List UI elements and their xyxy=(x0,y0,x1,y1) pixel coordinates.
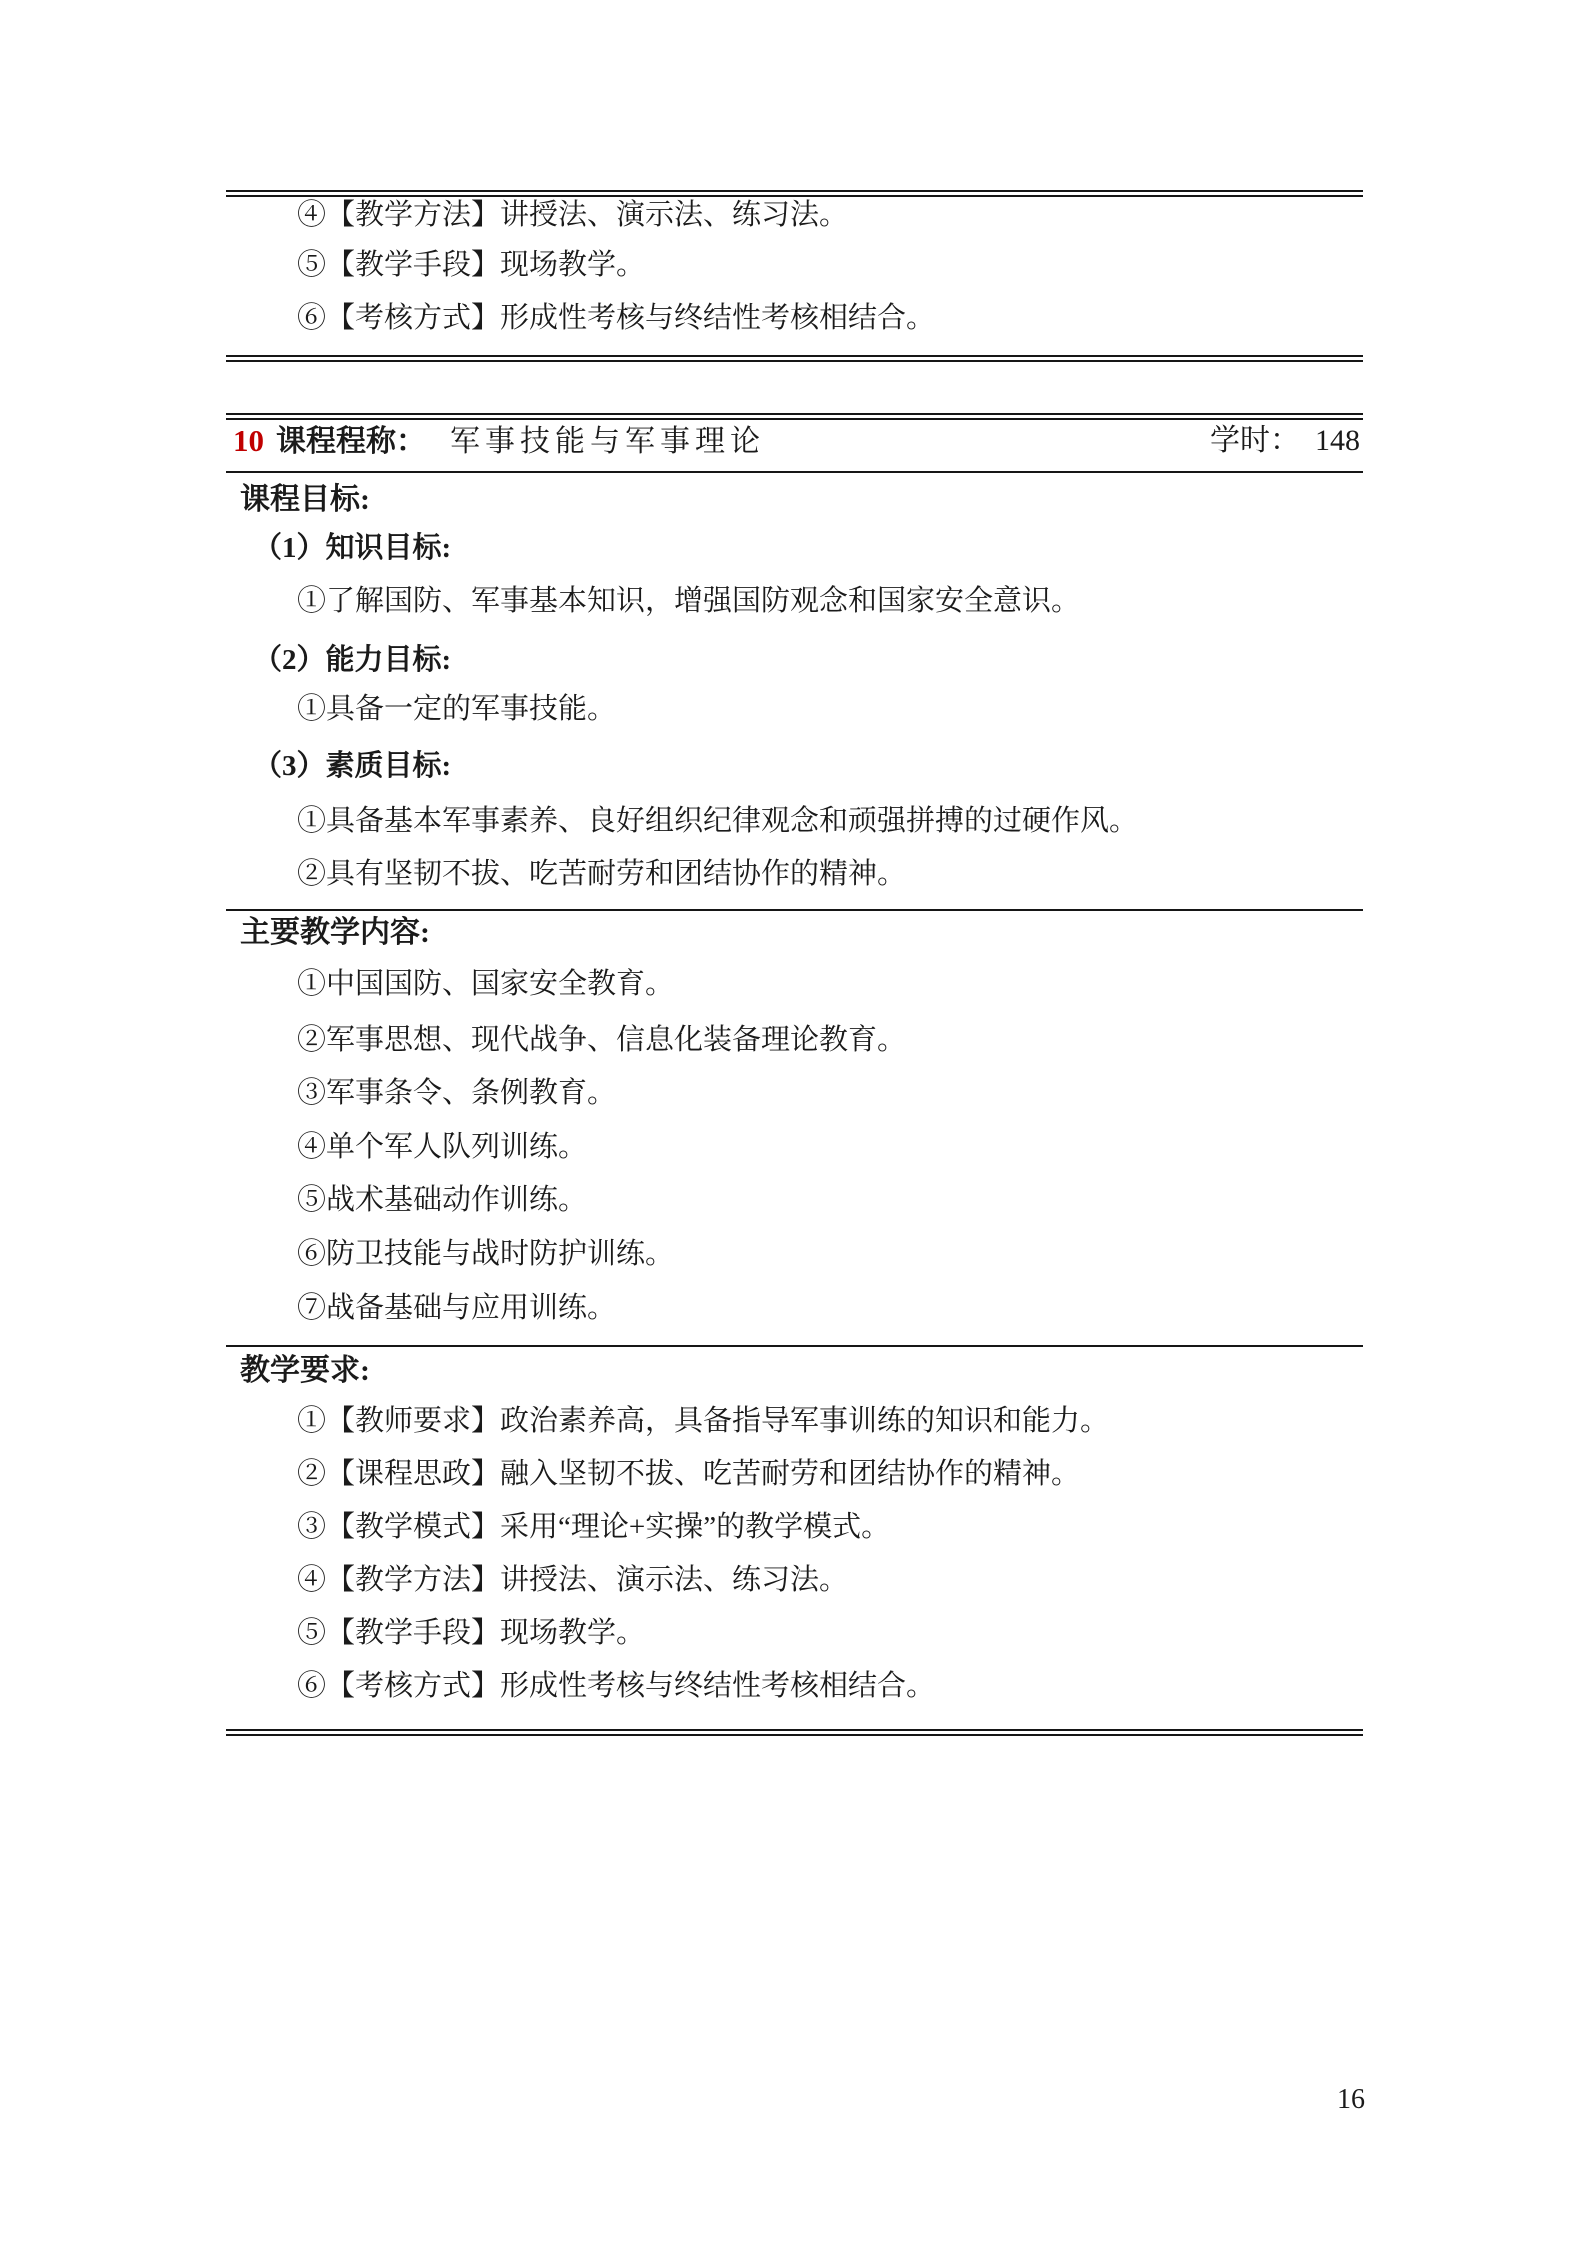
course-title-value: 军事技能与军事理论 xyxy=(450,425,765,458)
requirement-item: ③【教学模式】采用“理论+实操”的教学模式。 xyxy=(297,1512,890,1543)
objective-group-label: （2）能力目标: xyxy=(253,645,451,676)
requirements-heading: 教学要求: xyxy=(240,1355,370,1387)
content-item: ⑥防卫技能与战时防护训练。 xyxy=(297,1239,674,1270)
objective-item: ①具备一定的军事技能。 xyxy=(297,694,616,725)
objective-group-label: （1）知识目标: xyxy=(253,533,451,564)
course-hours: 学时：148 xyxy=(1210,424,1360,457)
requirement-item: ⑥【考核方式】形成性考核与终结性考核相结合。 xyxy=(297,1671,935,1702)
course-number: 10 xyxy=(233,423,264,458)
divider-single-content xyxy=(226,909,1363,911)
divider-single-header xyxy=(226,471,1363,473)
objective-group-label: （3）素质目标: xyxy=(253,751,451,782)
objective-item: ②具有坚韧不拔、吃苦耐劳和团结协作的精神。 xyxy=(297,859,906,890)
divider-double-course-top xyxy=(226,413,1363,420)
prev-requirement-item: ④【教学方法】讲授法、演示法、练习法。 xyxy=(297,200,848,231)
requirement-item: ①【教师要求】政治素养高，具备指导军事训练的知识和能力。 xyxy=(297,1406,1109,1437)
objectives-heading: 课程目标: xyxy=(240,484,370,516)
requirement-item: ⑤【教学手段】现场教学。 xyxy=(297,1618,645,1649)
hours-value: 148 xyxy=(1315,424,1360,457)
requirement-item: ②【课程思政】融入坚韧不拔、吃苦耐劳和团结协作的精神。 xyxy=(297,1459,1080,1490)
divider-single-requirements xyxy=(226,1345,1363,1347)
objective-item: ①具备基本军事素养、良好组织纪律观念和顽强拼搏的过硬作风。 xyxy=(297,806,1138,837)
content-item: ④单个军人队列训练。 xyxy=(297,1132,587,1163)
content-item: ②军事思想、现代战争、信息化装备理论教育。 xyxy=(297,1025,906,1056)
course-title-label: 课程程称： xyxy=(276,425,426,458)
requirement-item: ④【教学方法】讲授法、演示法、练习法。 xyxy=(297,1565,848,1596)
prev-requirement-item: ⑥【考核方式】形成性考核与终结性考核相结合。 xyxy=(297,303,935,334)
hours-label: 学时： xyxy=(1210,424,1300,457)
divider-double-course-end xyxy=(226,1729,1363,1736)
course-header: 10课程程称：军事技能与军事理论 xyxy=(233,424,765,458)
divider-double-top xyxy=(226,190,1363,197)
prev-requirement-item: ⑤【教学手段】现场教学。 xyxy=(297,250,645,281)
content-item: ⑦战备基础与应用训练。 xyxy=(297,1293,616,1324)
divider-double-prev-end xyxy=(226,355,1363,362)
objective-item: ①了解国防、军事基本知识，增强国防观念和国家安全意识。 xyxy=(297,586,1080,617)
content-heading: 主要教学内容: xyxy=(240,917,430,949)
document-page: ④【教学方法】讲授法、演示法、练习法。 ⑤【教学手段】现场教学。 ⑥【考核方式】… xyxy=(0,0,1587,2245)
content-item: ⑤战术基础动作训练。 xyxy=(297,1185,587,1216)
page-number: 16 xyxy=(1337,2085,1365,2115)
content-item: ③军事条令、条例教育。 xyxy=(297,1078,616,1109)
content-item: ①中国国防、国家安全教育。 xyxy=(297,969,674,1000)
